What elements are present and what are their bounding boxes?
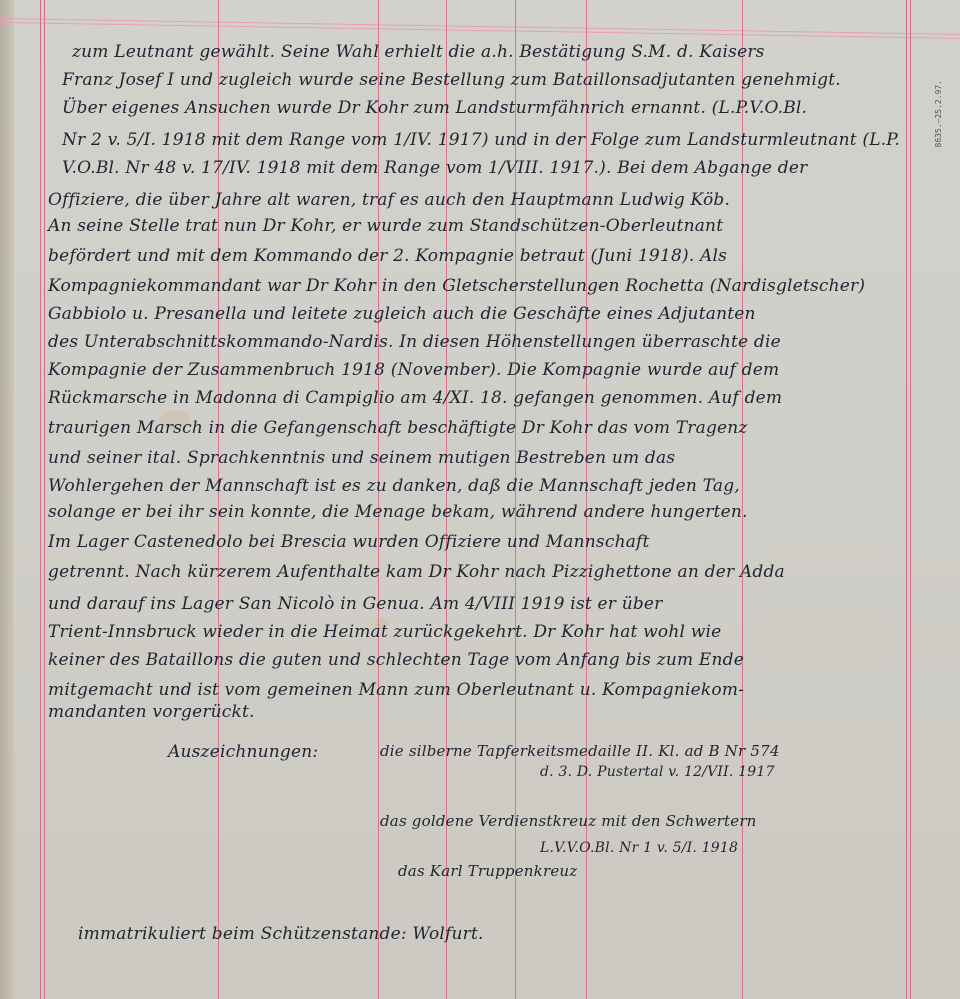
margin-rule-right [906, 0, 911, 999]
text-line: Trient-Innsbruck wieder in die Heimat zu… [48, 622, 721, 642]
decoration-ref: d. 3. D. Pustertal v. 12/VII. 1917 [540, 764, 775, 780]
text-line: Im Lager Castenedolo bei Brescia wurden … [48, 532, 650, 552]
page-edge [0, 0, 14, 999]
text-line: mandanten vorgerückt. [48, 702, 255, 722]
margin-rule-left [40, 0, 45, 999]
text-line: Gabbiolo u. Presanella und leitete zugle… [48, 304, 756, 324]
text-line: V.O.Bl. Nr 48 v. 17/IV. 1918 mit dem Ran… [62, 158, 807, 178]
text-line: An seine Stelle trat nun Dr Kohr, er wur… [48, 216, 723, 236]
text-line: Offiziere, die über Jahre alt waren, tra… [48, 190, 730, 210]
text-line: und seiner ital. Sprachkenntnis und sein… [48, 448, 675, 468]
print-stamp: 8635.—25.2.97. [934, 80, 943, 147]
text-line: keiner des Bataillons die guten und schl… [48, 650, 744, 670]
text-line: getrennt. Nach kürzerem Aufenthalte kam … [48, 562, 785, 582]
text-line: Nr 2 v. 5/I. 1918 mit dem Range vom 1/IV… [62, 130, 900, 150]
decoration-item: das goldene Verdienstkreuz mit den Schwe… [380, 812, 757, 830]
decoration-item: die silberne Tapferkeitsmedaille II. Kl.… [380, 742, 780, 760]
text-line: des Unterabschnittskommando-Nardis. In d… [48, 332, 781, 352]
text-line: Kompagniekommandant war Dr Kohr in den G… [48, 276, 865, 296]
text-line: solange er bei ihr sein konnte, die Mena… [48, 502, 748, 522]
text-line: Über eigenes Ansuchen wurde Dr Kohr zum … [62, 98, 807, 118]
text-line: traurigen Marsch in die Gefangenschaft b… [48, 418, 748, 438]
text-line: und darauf ins Lager San Nicolò in Genua… [48, 594, 663, 614]
text-line: Kompagnie der Zusammenbruch 1918 (Novemb… [48, 360, 779, 380]
text-line: Wohlergehen der Mannschaft ist es zu dan… [48, 476, 740, 496]
footer-line: immatrikuliert beim Schützenstande: Wolf… [78, 924, 484, 944]
text-line: zum Leutnant gewählt. Seine Wahl erhielt… [72, 42, 765, 62]
decorations-heading: Auszeichnungen: [168, 742, 318, 762]
text-line: befördert und mit dem Kommando der 2. Ko… [48, 246, 727, 266]
decoration-item: das Karl Truppenkreuz [398, 862, 577, 880]
text-line: mitgemacht und ist vom gemeinen Mann zum… [48, 680, 744, 700]
decoration-ref: L.V.V.O.Bl. Nr 1 v. 5/I. 1918 [540, 840, 738, 856]
ledger-page: 8635.—25.2.97. zum Leutnant gewählt. Sei… [0, 0, 960, 999]
text-line: Franz Josef I und zugleich wurde seine B… [62, 70, 841, 90]
top-red-rule [0, 18, 960, 39]
text-line: Rückmarsche in Madonna di Campiglio am 4… [48, 388, 782, 408]
